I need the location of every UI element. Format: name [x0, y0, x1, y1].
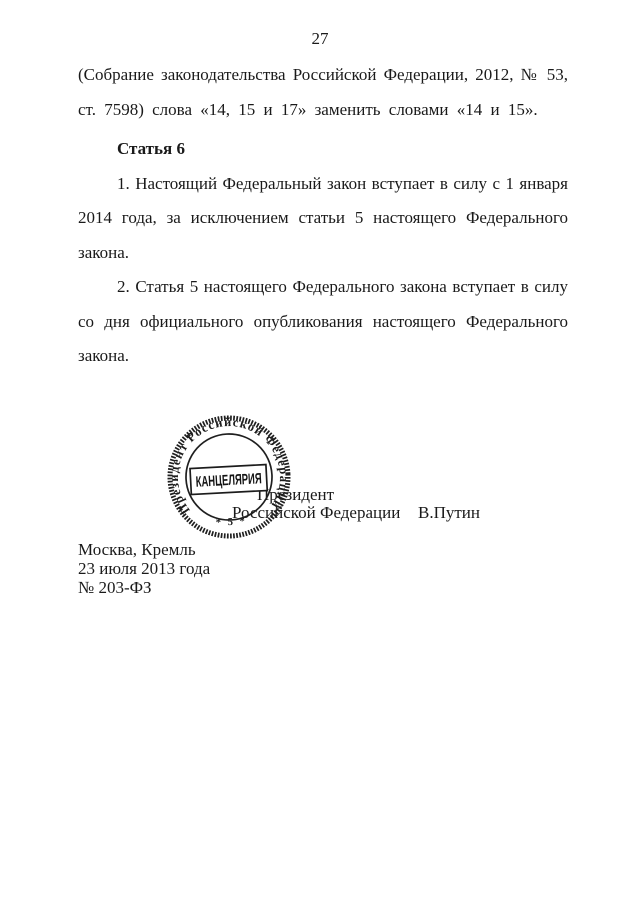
- stamp-center-text: КАНЦЕЛЯРИЯ: [195, 470, 262, 490]
- signature-name: В.Путин: [418, 503, 480, 522]
- footer-date: 23 июля 2013 года: [78, 559, 210, 578]
- article-heading: Статья 6: [78, 138, 568, 160]
- footer-place: Москва, Кремль: [78, 540, 210, 559]
- body-line: ст. 7598) слова «14, 15 и 17» заменить с…: [78, 99, 568, 121]
- stamp-ring-text: Президент Российской Федерации: [164, 412, 293, 518]
- stamp-seal: Президент Российской Федерации * 5 * КАН…: [163, 411, 295, 543]
- stamp-bottom-text: * 5 *: [216, 516, 248, 529]
- body-line: (Собрание законодательства Российской Фе…: [78, 64, 568, 86]
- body-line: со дня официального опубликования настоя…: [78, 311, 568, 333]
- body-line: 1. Настоящий Федеральный закон вступает …: [78, 173, 568, 195]
- document-page: 27 (Собрание законодательства Российской…: [0, 0, 640, 905]
- footer-number: № 203-ФЗ: [78, 578, 210, 597]
- footer-block: Москва, Кремль 23 июля 2013 года № 203-Ф…: [78, 540, 210, 598]
- body-line: закона.: [78, 345, 568, 367]
- body-line: 2014 года, за исключением статьи 5 насто…: [78, 207, 568, 229]
- body-line: 2. Статья 5 настоящего Федерального зако…: [78, 276, 568, 298]
- body-line: закона.: [78, 242, 568, 264]
- page-number: 27: [0, 28, 640, 50]
